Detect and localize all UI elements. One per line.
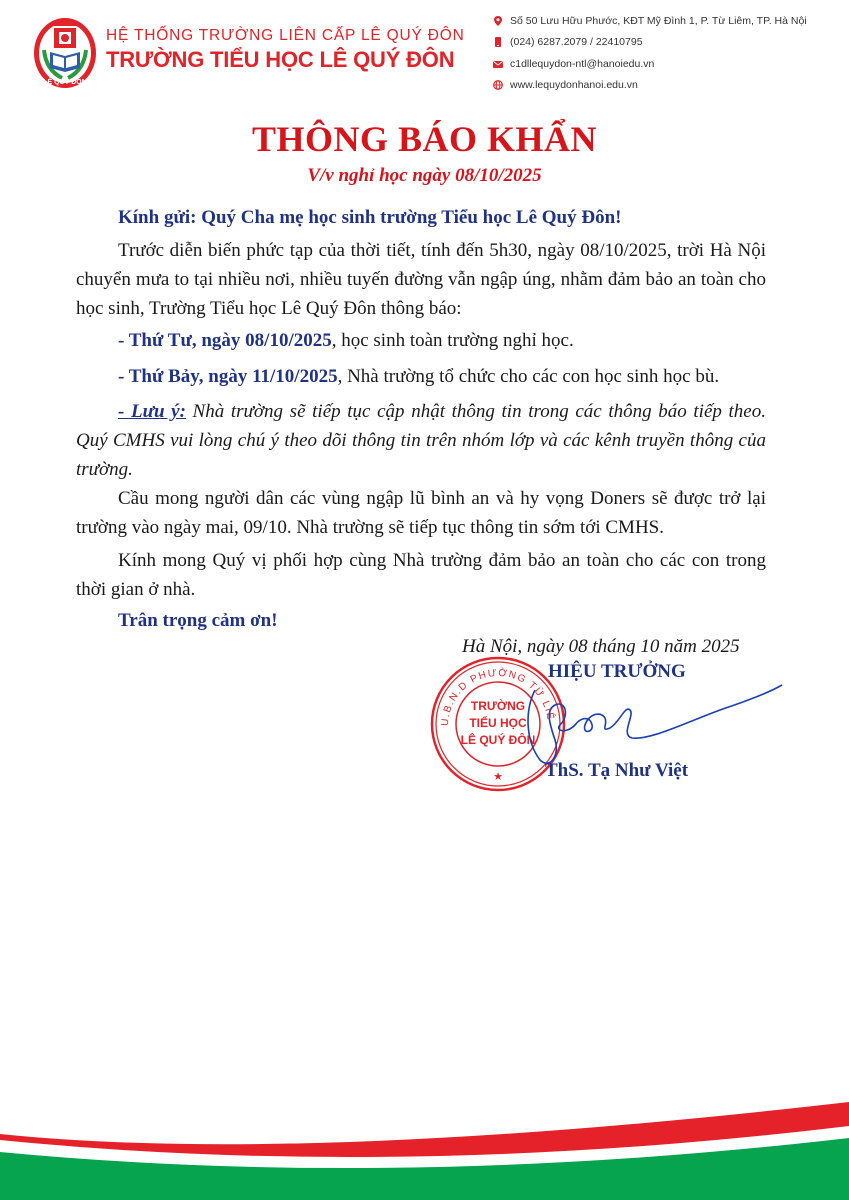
contact-email[interactable]: c1dllequydon-ntl@hanoiedu.vn bbox=[493, 53, 807, 75]
thanks: Trân trọng cảm ơn! bbox=[76, 606, 766, 635]
contact-website[interactable]: www.lequydonhanoi.edu.vn bbox=[493, 75, 807, 97]
phone-icon bbox=[493, 37, 503, 47]
brand-block: HỆ THỐNG TRƯỜNG LIÊN CẤP LÊ QUÝ ĐÔN TRƯỜ… bbox=[106, 27, 465, 73]
greeting: Kính gửi: Quý Cha mẹ học sinh trường Tiể… bbox=[76, 203, 766, 232]
contact-info: Số 50 Lưu Hữu Phước, KĐT Mỹ Đình 1, P. T… bbox=[493, 10, 807, 96]
svg-text:★: ★ bbox=[493, 771, 503, 783]
notice-subtitle: V/v nghỉ học ngày 08/10/2025 bbox=[0, 165, 849, 187]
intro-paragraph: Trước diễn biến phức tạp của thời tiết, … bbox=[76, 236, 766, 323]
wish-paragraph: Cầu mong người dân các vùng ngập lũ bình… bbox=[76, 484, 766, 542]
svg-text:LÊ QUÝ ĐÔN: LÊ QUÝ ĐÔN bbox=[43, 77, 87, 86]
school-name: TRƯỜNG TIỂU HỌC LÊ QUÝ ĐÔN bbox=[106, 47, 465, 73]
item-1: - Thứ Tư, ngày 08/10/2025, học sinh toàn… bbox=[76, 326, 766, 355]
globe-icon bbox=[493, 80, 503, 90]
svg-text:TRƯỜNG: TRƯỜNG bbox=[471, 698, 525, 713]
note-paragraph: - Lưu ý: Nhà trường sẽ tiếp tục cập nhật… bbox=[76, 397, 766, 484]
email-icon bbox=[493, 59, 503, 69]
footer-decoration bbox=[0, 1090, 849, 1200]
location-pin-icon bbox=[493, 16, 503, 26]
system-name: HỆ THỐNG TRƯỜNG LIÊN CẤP LÊ QUÝ ĐÔN bbox=[106, 27, 465, 45]
svg-text:TIỂU HỌC: TIỂU HỌC bbox=[469, 715, 527, 730]
school-logo: LÊ QUÝ ĐÔN bbox=[32, 10, 98, 90]
contact-address: Số 50 Lưu Hữu Phước, KĐT Mỹ Đình 1, P. T… bbox=[493, 10, 807, 32]
signer-name: ThS. Tạ Như Việt bbox=[545, 760, 688, 782]
item-2: - Thứ Bảy, ngày 11/10/2025, Nhà trường t… bbox=[76, 362, 766, 391]
contact-phone: (024) 6287.2079 / 22410795 bbox=[493, 32, 807, 54]
request-paragraph: Kính mong Quý vị phối hợp cùng Nhà trườn… bbox=[76, 546, 766, 604]
notice-title: THÔNG BÁO KHẨN bbox=[0, 118, 849, 160]
note-label: - Lưu ý: bbox=[118, 401, 186, 422]
